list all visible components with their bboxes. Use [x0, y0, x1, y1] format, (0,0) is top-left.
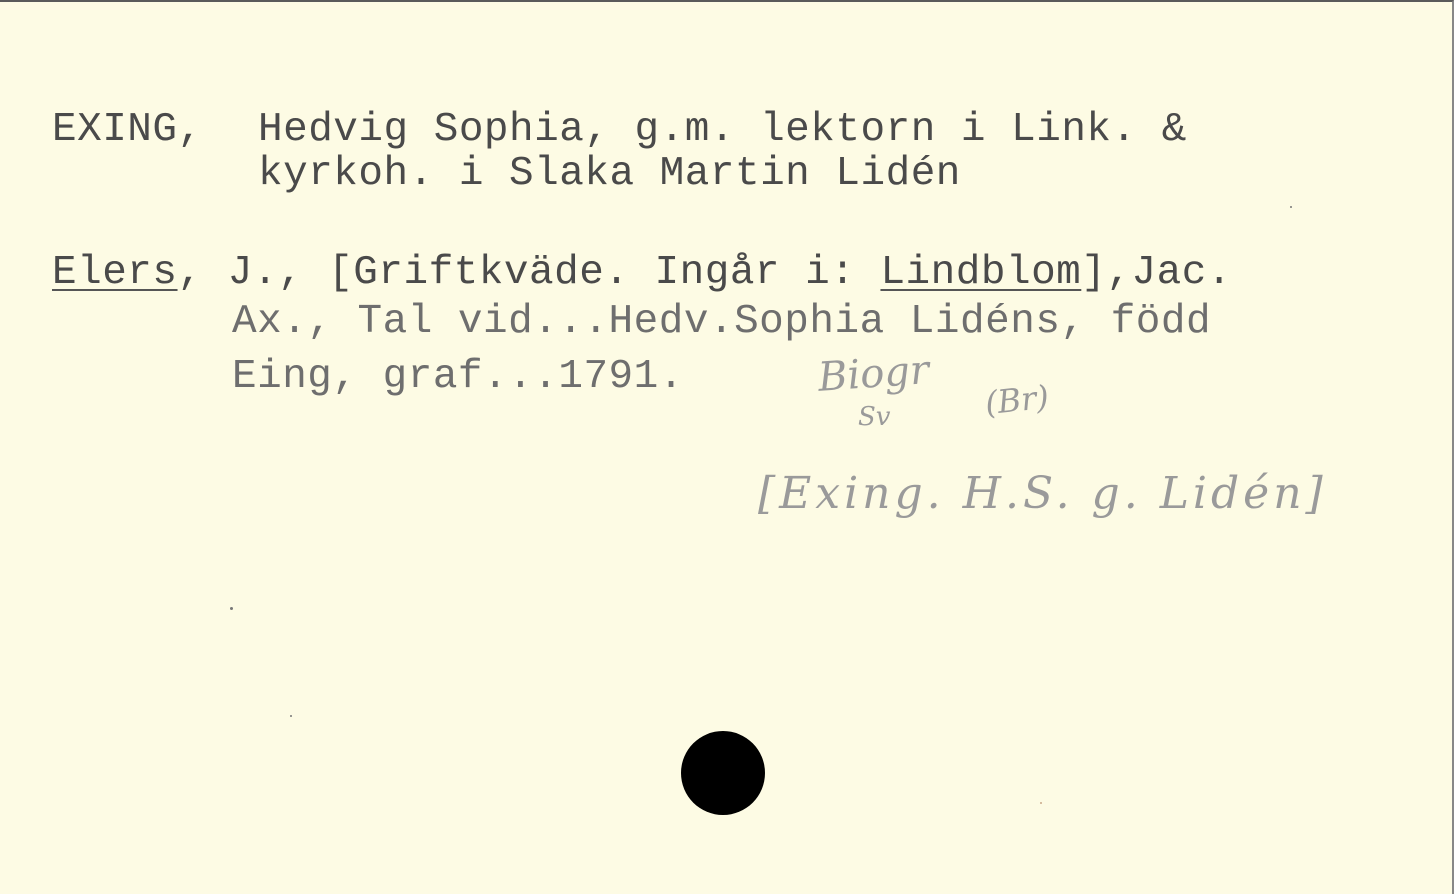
paper-speck: [290, 715, 292, 717]
entry1-heading: EXING,: [52, 110, 203, 151]
punch-hole: [681, 731, 765, 815]
handwritten-note-sv: Sv: [858, 404, 891, 430]
paper-speck: [1040, 802, 1042, 804]
entry2-line1: Elers, J., [Griftkväde. Ingår i: Lindblo…: [52, 253, 1232, 294]
paper-speck: [230, 607, 233, 610]
handwritten-note-br: (Br): [984, 381, 1051, 419]
entry2-underlined-author: Lindblom: [880, 250, 1081, 296]
catalog-card: EXING, Hedvig Sophia, g.m. lektorn i Lin…: [0, 0, 1454, 894]
entry1-line2: kyrkoh. i Slaka Martin Lidén: [258, 154, 961, 195]
entry2-line1-end: ],Jac.: [1081, 250, 1232, 296]
entry2-line3: Eing, graf...1791.: [232, 357, 684, 398]
entry2-line1-middle: , J., [Griftkväde. Ingår i:: [178, 250, 881, 296]
entry2-line2: Ax., Tal vid...Hedv.Sophia Lidéns, född: [232, 302, 1211, 343]
entry1-line1: Hedvig Sophia, g.m. lektorn i Link. &: [258, 110, 1187, 151]
handwritten-note-biogr: Biogr: [817, 350, 931, 398]
paper-speck: [1290, 206, 1292, 208]
handwritten-note-exing: [Exing. H.S. g. Lidén]: [758, 472, 1327, 516]
entry2-heading: Elers: [52, 250, 178, 296]
